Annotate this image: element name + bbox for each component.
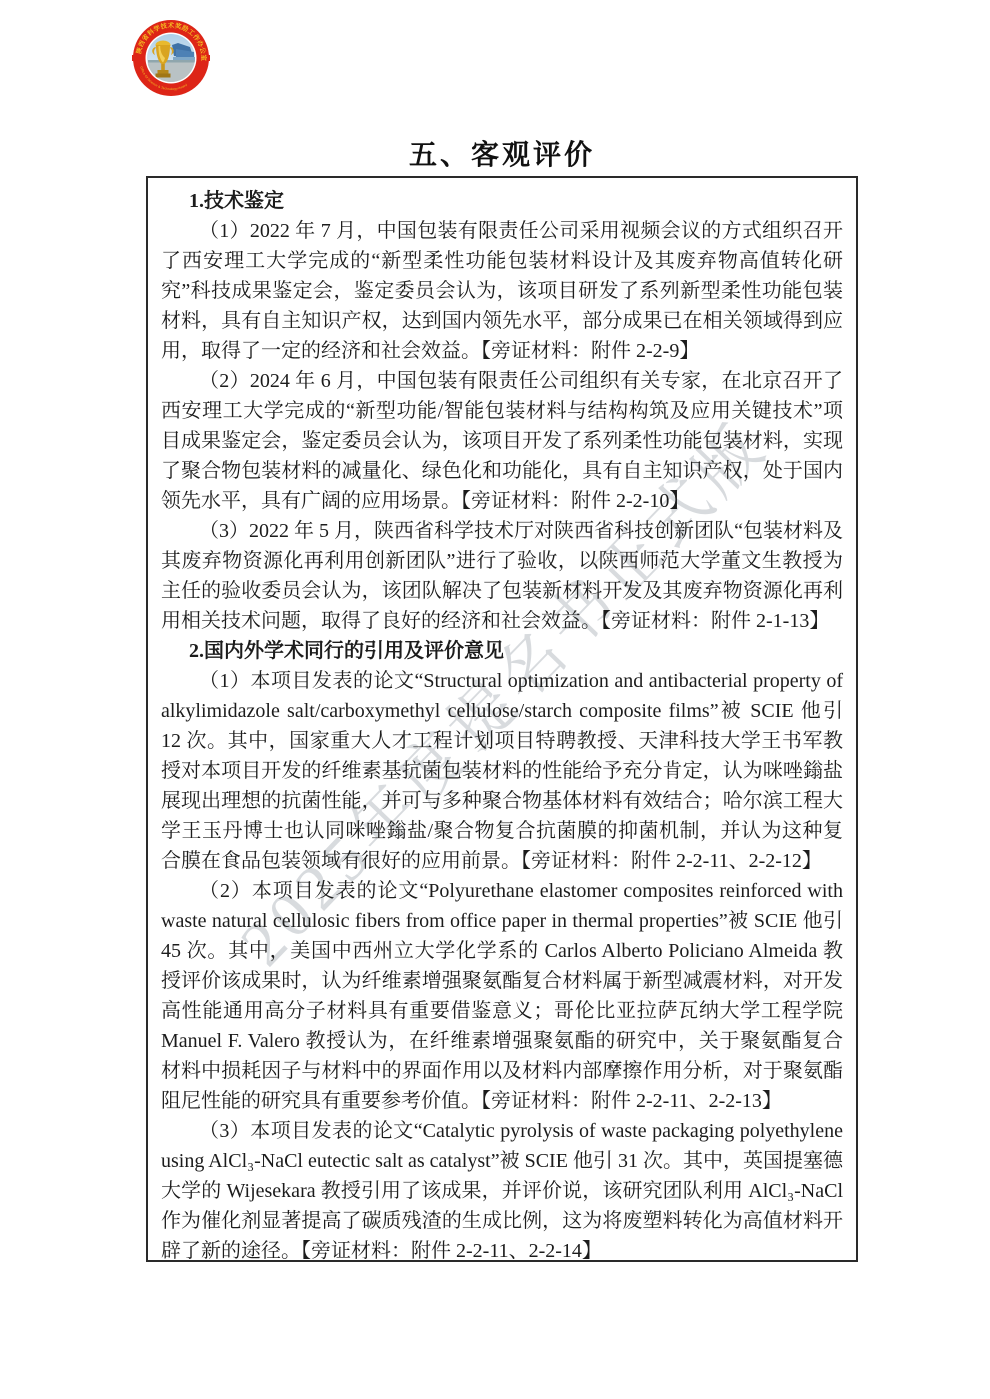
section-2-heading: 2.国内外学术同行的引用及评价意见 (161, 636, 843, 666)
paragraph: （3）2022 年 5 月，陕西省科学技术厅对陕西省科技创新团队“包装材料及其废… (161, 516, 843, 636)
paragraph: （1）本项目发表的论文“Structural optimization and … (161, 666, 843, 876)
paragraph: （3）本项目发表的论文“Catalytic pyrolysis of waste… (161, 1116, 843, 1266)
paragraph: （2）本项目发表的论文“Polyurethane elastomer compo… (161, 876, 843, 1116)
content-box: 1.技术鉴定 （1）2022 年 7 月，中国包装有限责任公司采用视频会议的方式… (146, 176, 858, 1262)
section-1-heading: 1.技术鉴定 (161, 186, 843, 216)
section-technical-appraisal: 1.技术鉴定 （1）2022 年 7 月，中国包装有限责任公司采用视频会议的方式… (161, 186, 843, 636)
paragraph: （2）2024 年 6 月，中国包装有限责任公司组织有关专家，在北京召开了西安理… (161, 366, 843, 516)
seal-emblem-photo (147, 34, 195, 82)
seal-right-tab (206, 55, 210, 61)
page-title: 五、客观评价 (146, 133, 858, 173)
paragraph: （1）2022 年 7 月，中国包装有限责任公司采用视频会议的方式组织召开了西安… (161, 216, 843, 366)
section-academic-citations: 2.国内外学术同行的引用及评价意见 （1）本项目发表的论文“Structural… (161, 636, 843, 1266)
org-seal-logo: 陕西省科学技术奖励工作办公室 Office Of Science & Techn… (132, 19, 210, 97)
seal-left-tab (132, 55, 136, 61)
